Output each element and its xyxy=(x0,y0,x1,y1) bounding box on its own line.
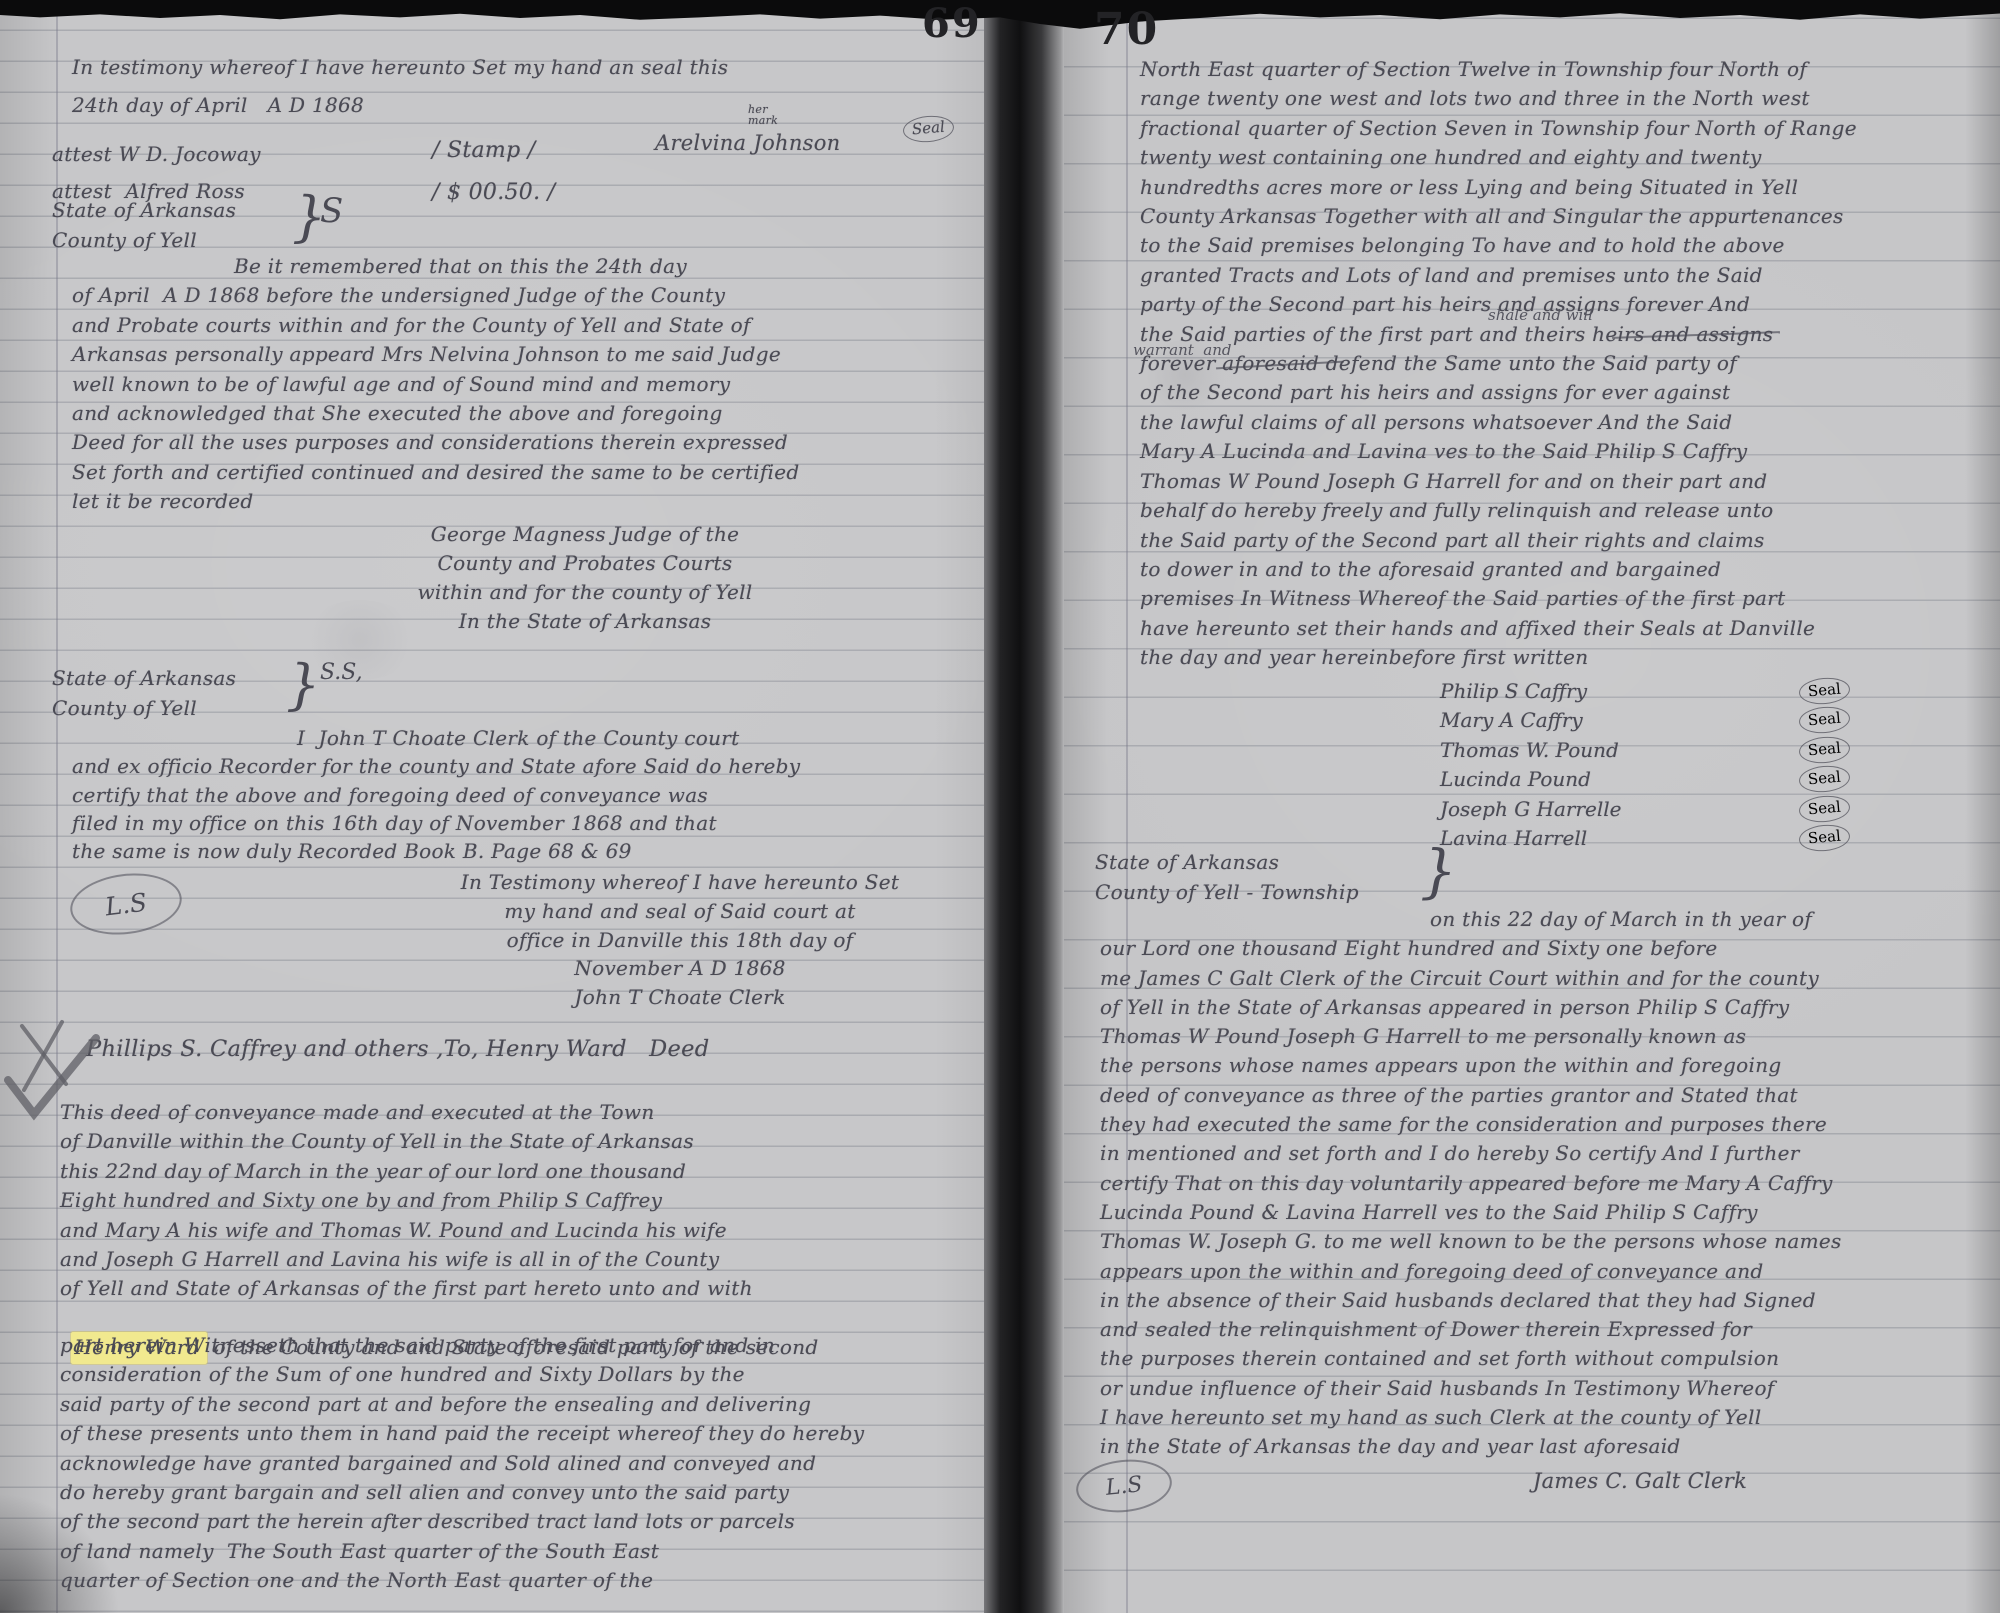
grantor-signature: Arelvina Johnson xyxy=(655,128,841,158)
signature-row: Lucinda Pound Seal xyxy=(1440,765,1850,795)
probate-acknowledgment-paragraph: Be it remembered that on this the 24th d… xyxy=(72,252,800,517)
right-page-number: 70 xyxy=(1094,4,1159,55)
left-page-number: 69 xyxy=(922,0,982,47)
clerk-testimony-block: In Testimony whereof I have hereunto Set… xyxy=(420,868,940,1012)
venue-ss-abbrev: S.S, xyxy=(320,662,363,684)
revenue-stamp-note: / Stamp / / $ 00.50. / xyxy=(432,130,555,214)
signer-name: Mary A Caffry xyxy=(1440,708,1583,732)
notary-acknowledgment-paragraph: on this 22 day of March in th year of ou… xyxy=(1100,905,1842,1462)
judge-attestation-block: George Magness Judge of the County and P… xyxy=(360,520,810,636)
signature-row: Joseph G Harrelle Seal xyxy=(1440,794,1850,824)
venue-caption-county: County of Yell xyxy=(52,226,197,254)
signature-row: Philip S Caffry Seal xyxy=(1440,676,1850,706)
interlineation-shall-and-will: shale and will xyxy=(1488,306,1593,324)
venue-caption-state: State of Arkansas xyxy=(52,664,236,692)
seal-circle: Seal xyxy=(1798,823,1851,853)
signature-row: Lavina Harrell Seal xyxy=(1440,824,1850,854)
signer-name: Lavina Harrell xyxy=(1440,826,1587,850)
venue-brace: } xyxy=(1420,842,1457,900)
venue-caption-county: County of Yell - Township xyxy=(1095,878,1359,906)
signer-name: Philip S Caffry xyxy=(1440,679,1587,703)
seal-circle: Seal xyxy=(1798,794,1851,824)
deed-body-paragraph-1: This deed of conveyance made and execute… xyxy=(60,1098,753,1304)
signature-row: Mary A Caffry Seal xyxy=(1440,706,1850,736)
deed-body-paragraph-3: North East quarter of Section Twelve in … xyxy=(1140,55,1857,673)
seal-circle: Seal xyxy=(1798,705,1851,735)
book-binding-gutter xyxy=(984,0,1064,1613)
seal-circle: Seal xyxy=(1798,735,1851,765)
deed-book-scan: { "left_page": { "page_number": "69", "t… xyxy=(0,0,2000,1613)
clerk-certificate-paragraph: I John T Choate Clerk of the County cour… xyxy=(72,724,800,865)
seal-circle: Seal xyxy=(902,114,955,144)
margin-check-mark xyxy=(4,1018,100,1122)
seal-circle: Seal xyxy=(1798,764,1851,794)
grantor-seal-mark: Seal xyxy=(903,116,954,142)
testimony-closing-lines: In testimony whereof I have hereunto Set… xyxy=(72,48,728,124)
signer-name: Lucinda Pound xyxy=(1440,767,1591,791)
venue-caption-state: State of Arkansas xyxy=(52,196,236,224)
seal-circle: Seal xyxy=(1798,676,1851,706)
venue-caption-state: State of Arkansas xyxy=(1095,848,1279,876)
her-mark-note: her mark xyxy=(748,104,778,126)
grantor-signature-list: Philip S Caffry Seal Mary A Caffry Seal … xyxy=(1440,676,1850,853)
deed-index-header: Phillips S. Caffrey and others ,To, Henr… xyxy=(86,1034,709,1064)
venue-ss-abbrev: S xyxy=(320,194,343,228)
venue-caption-county: County of Yell xyxy=(52,694,197,722)
signer-name: Joseph G Harrelle xyxy=(1440,797,1621,821)
venue-brace: } xyxy=(286,658,320,712)
clerk-signature: James C. Galt Clerk xyxy=(1430,1466,1850,1496)
signer-name: Thomas W. Pound xyxy=(1440,738,1619,762)
interlineation-warrant-and: warrant and xyxy=(1133,341,1232,359)
signature-row: Thomas W. Pound Seal xyxy=(1440,735,1850,765)
deed-body-paragraph-2: part herein Witnesseth that the said par… xyxy=(60,1331,864,1596)
